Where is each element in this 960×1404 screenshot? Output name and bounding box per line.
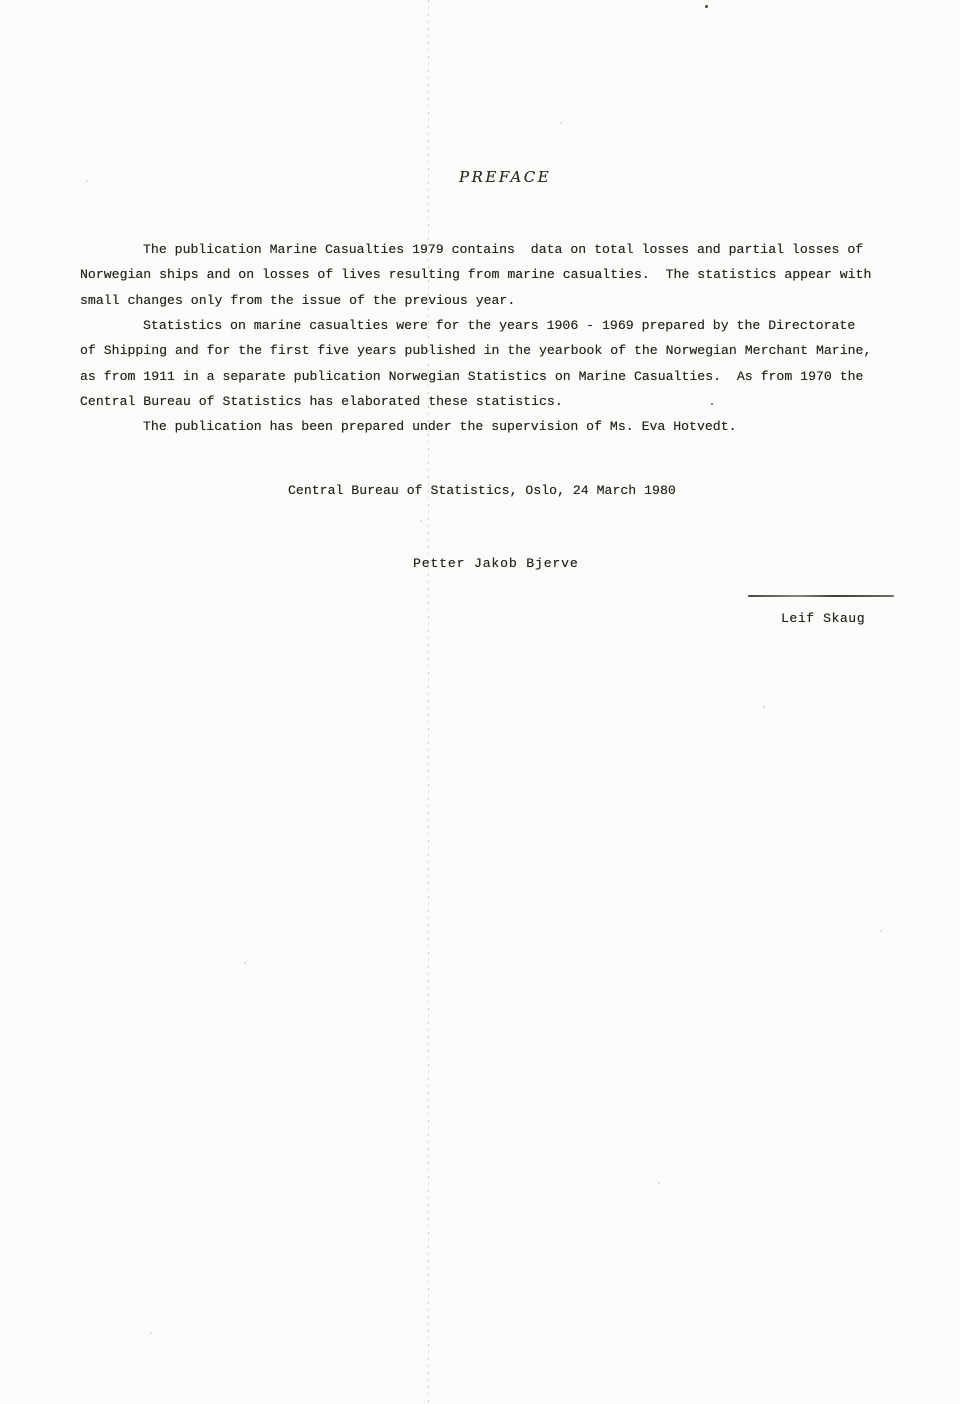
body-line: as from 1911 in a separate publication N… — [80, 364, 910, 389]
signature-line — [748, 595, 894, 597]
body-line: Norwegian ships and on losses of lives r… — [80, 262, 910, 287]
body-line: The publication has been prepared under … — [80, 414, 910, 439]
body-line: small changes only from the issue of the… — [80, 288, 910, 313]
signature-place-date: Central Bureau of Statistics, Oslo, 24 M… — [288, 483, 676, 498]
scan-speck — [763, 706, 765, 708]
body-line: The publication Marine Casualties 1979 c… — [80, 237, 910, 262]
body-line: Central Bureau of Statistics has elabora… — [80, 389, 910, 414]
document-page: PREFACE The publication Marine Casualtie… — [0, 0, 960, 1404]
page-title: PREFACE — [459, 168, 551, 186]
scan-speck — [658, 1182, 660, 1184]
signature-director-name: Petter Jakob Bjerve — [413, 556, 579, 571]
scan-speck — [705, 5, 708, 8]
scan-speck — [560, 122, 562, 124]
scan-speck — [86, 180, 88, 182]
body-line: of Shipping and for the first five years… — [80, 338, 910, 363]
signature-secretary-name: Leif Skaug — [781, 611, 865, 626]
body-line: Statistics on marine casualties were for… — [80, 313, 910, 338]
scan-speck — [244, 962, 246, 964]
preface-body: The publication Marine Casualties 1979 c… — [80, 237, 910, 440]
page-fold-line — [428, 0, 429, 1404]
scan-speck — [150, 1332, 152, 1334]
scan-speck — [420, 520, 422, 522]
scan-speck — [880, 930, 882, 932]
